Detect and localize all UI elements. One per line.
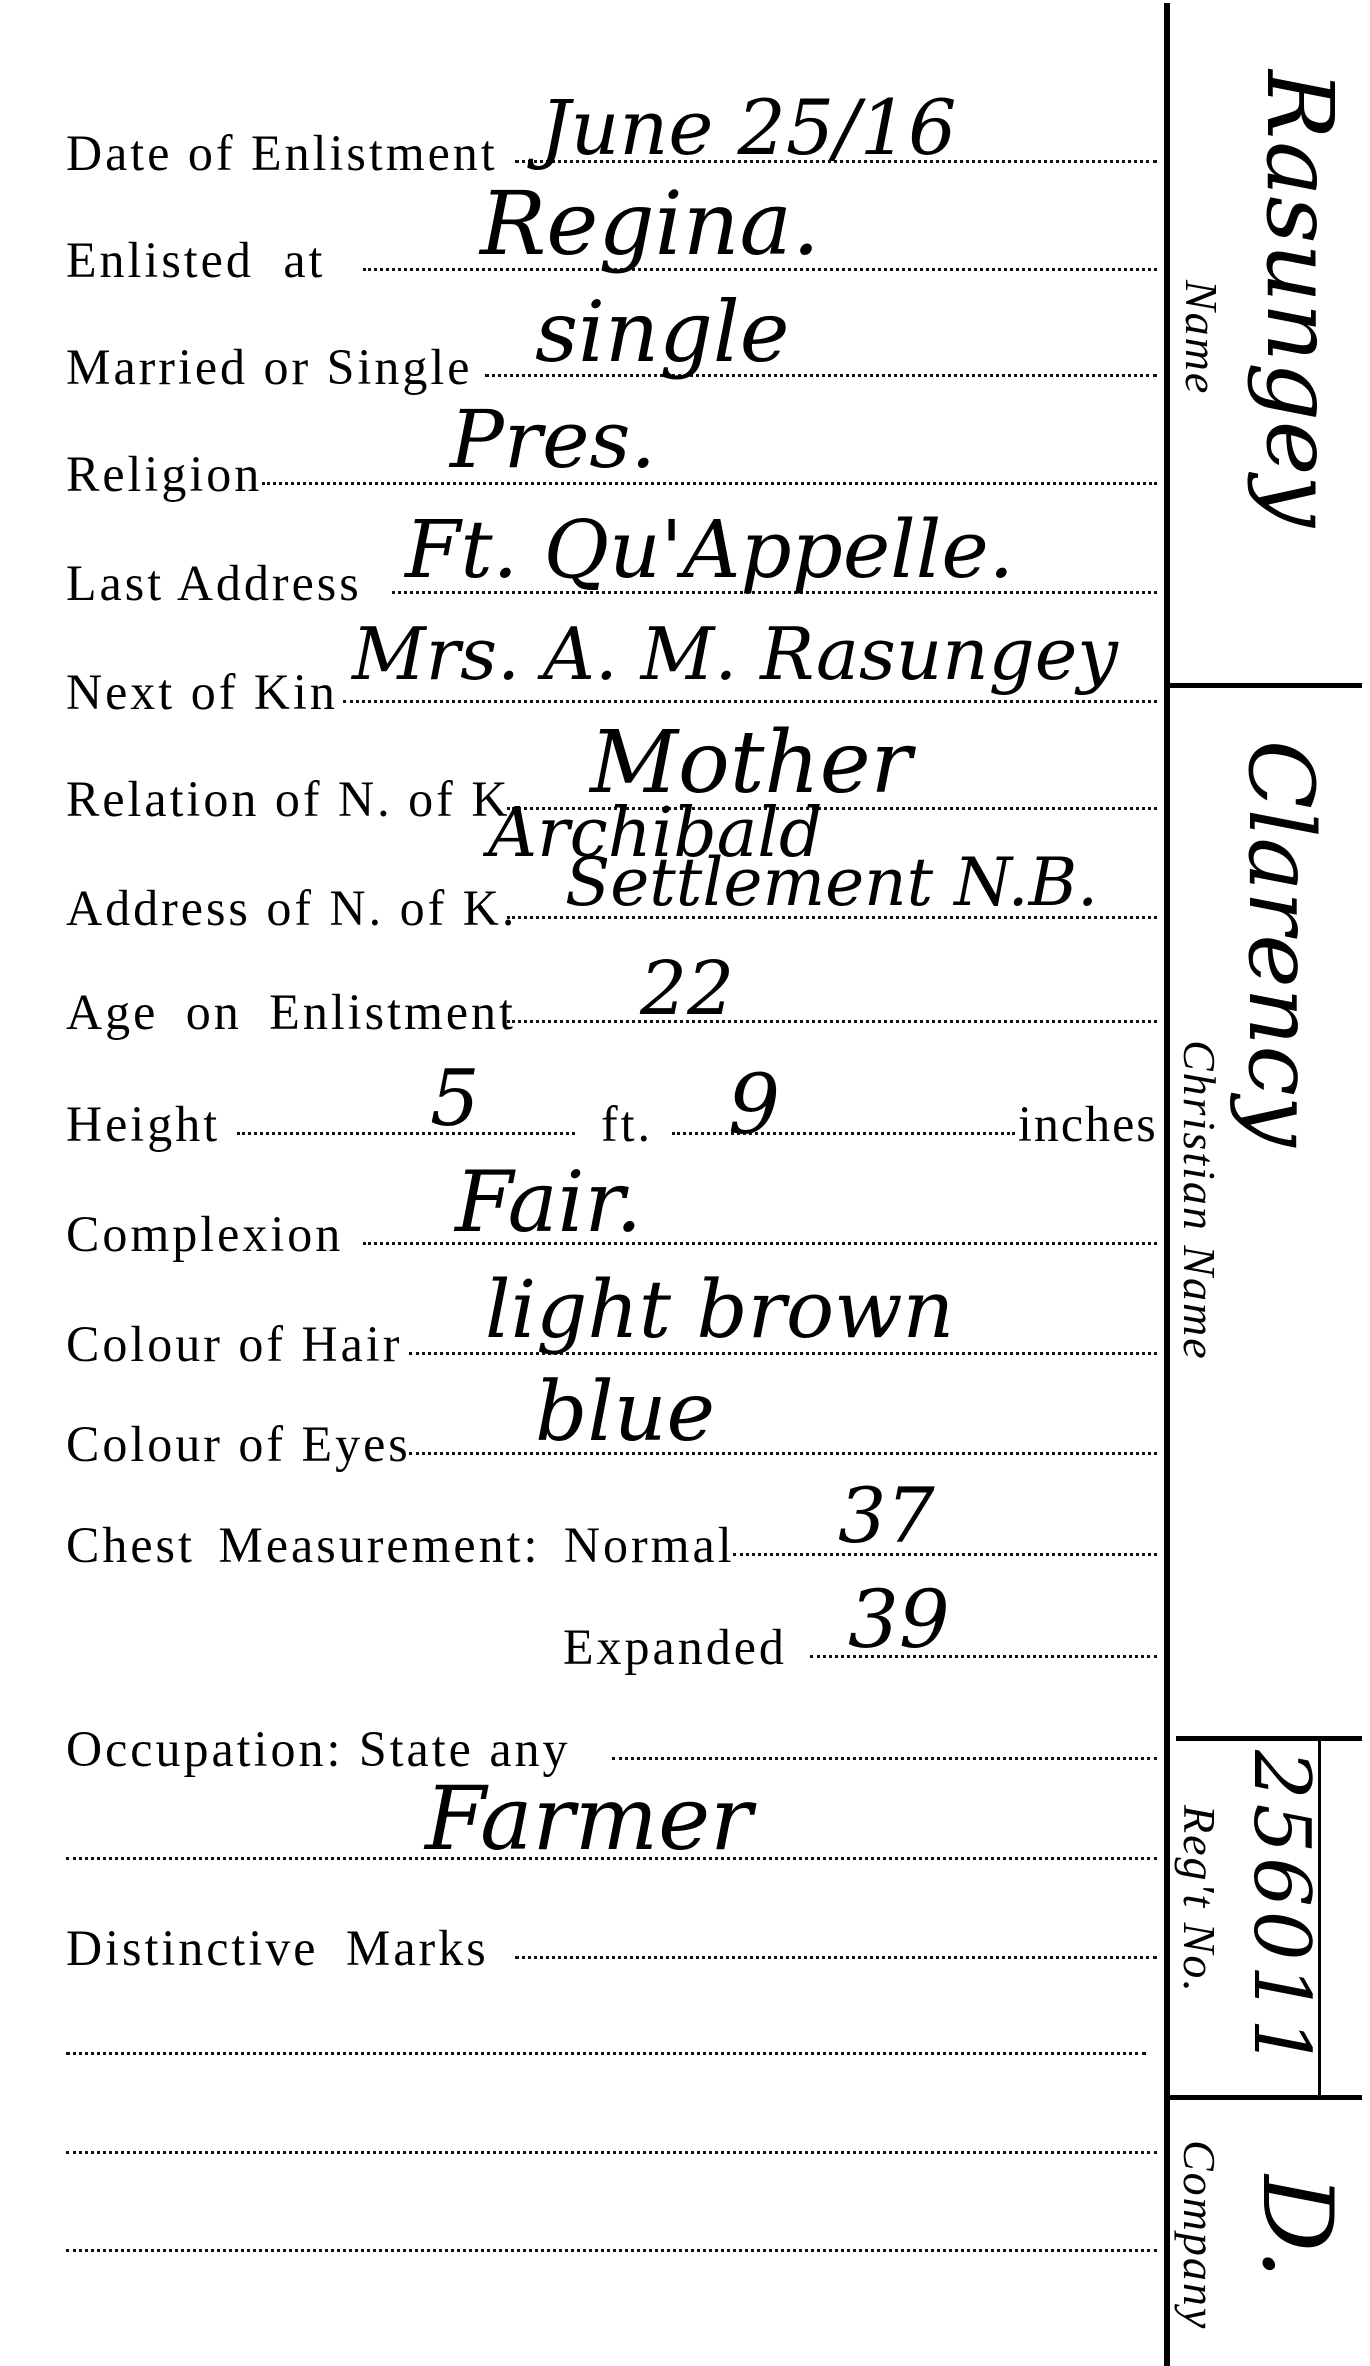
value-regt-no: 256011 xyxy=(1242,1750,1320,2072)
dotted-line xyxy=(66,2052,1146,2055)
enlistment-card: Date of Enlistment June 25/16 Enlisted a… xyxy=(0,0,1370,2366)
section-divider xyxy=(1170,2095,1362,2100)
value-date-of-enlistment: June 25/16 xyxy=(540,90,957,166)
value-last-address: Ft. Qu'Appelle. xyxy=(405,510,1014,590)
dotted-line xyxy=(507,1020,1157,1023)
value-height-feet: 5 xyxy=(430,1060,480,1138)
dotted-line xyxy=(515,1956,1157,1959)
dotted-line xyxy=(733,1553,1157,1556)
dotted-line xyxy=(343,700,1157,703)
column-divider xyxy=(1164,3,1170,2366)
value-christian-name: Clarency xyxy=(1235,740,1325,1147)
dotted-line xyxy=(66,2151,1157,2154)
value-chest-expanded: 39 xyxy=(848,1580,950,1660)
section-divider xyxy=(1176,1736,1362,1741)
value-enlisted-at: Regina. xyxy=(480,180,820,268)
value-next-of-kin: Mrs. A. M. Rasungey xyxy=(352,618,1118,690)
label-religion: Religion xyxy=(66,448,262,499)
label-relation-of-nok: Relation of N. of K. xyxy=(66,773,526,824)
value-colour-of-hair: light brown xyxy=(485,1270,954,1350)
value-complexion: Fair. xyxy=(455,1160,642,1244)
dotted-line xyxy=(672,1132,1015,1135)
label-name: Name xyxy=(1178,280,1224,395)
label-company: Company xyxy=(1176,2140,1222,2330)
value-chest-normal: 37 xyxy=(838,1478,935,1554)
section-divider xyxy=(1170,683,1362,688)
dotted-line xyxy=(612,1757,1157,1760)
label-married-or-single: Married or Single xyxy=(66,341,472,392)
value-name: Rasungey xyxy=(1253,70,1345,527)
label-last-address: Last Address xyxy=(66,557,362,608)
label-height: Height xyxy=(66,1098,220,1149)
label-height-inches: inches xyxy=(1018,1098,1158,1149)
label-christian-name: Christian Name xyxy=(1176,1040,1222,1361)
label-height-ft: ft. xyxy=(601,1098,653,1149)
value-colour-of-eyes: blue xyxy=(535,1372,715,1454)
dotted-line xyxy=(66,2249,1157,2252)
value-address-of-nok-line2: Settlement N.B. xyxy=(565,850,1098,916)
label-chest-normal: Chest Measurement: Normal xyxy=(66,1519,735,1570)
label-colour-of-eyes: Colour of Eyes xyxy=(66,1418,411,1469)
dotted-line xyxy=(409,1452,1157,1455)
label-date-of-enlistment: Date of Enlistment xyxy=(66,127,498,178)
value-occupation: Farmer xyxy=(425,1775,752,1863)
value-height-inches: 9 xyxy=(728,1065,780,1147)
dotted-line xyxy=(262,482,1157,485)
dotted-line xyxy=(237,1132,575,1135)
label-address-of-nok: Address of N. of K. xyxy=(66,882,517,933)
value-religion: Pres. xyxy=(450,400,656,480)
label-age-on-enlistment: Age on Enlistment xyxy=(66,986,516,1037)
label-chest-expanded: Expanded xyxy=(563,1621,787,1672)
label-regt-no: Reg't No. xyxy=(1176,1805,1222,1994)
value-age-on-enlistment: 22 xyxy=(640,952,734,1026)
label-next-of-kin: Next of Kin xyxy=(66,666,338,717)
value-company: D. xyxy=(1249,2175,1345,2279)
label-enlisted-at: Enlisted at xyxy=(66,234,325,285)
value-married-or-single: single xyxy=(535,290,789,374)
label-distinctive-marks: Distinctive Marks xyxy=(66,1922,489,1973)
label-complexion: Complexion xyxy=(66,1208,343,1259)
label-colour-of-hair: Colour of Hair xyxy=(66,1318,402,1369)
